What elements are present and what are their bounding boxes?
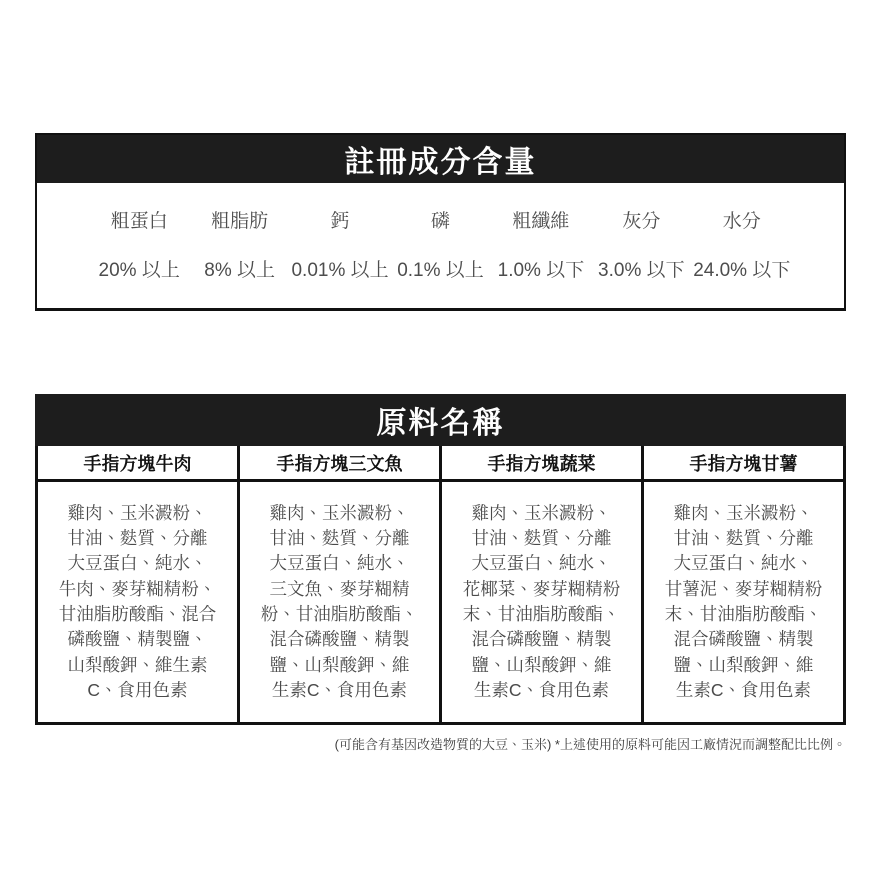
nutrient-label-crude-fiber: 粗纖維: [491, 211, 591, 233]
nutrient-value-phosphorus: 0.1% 以上: [390, 260, 490, 282]
nutrient-value-crude-protein: 20% 以上: [89, 260, 189, 282]
nutrient-label-ash: 灰分: [591, 211, 691, 233]
nutrient-label-phosphorus: 磷: [390, 211, 490, 233]
page-content: 註冊成分含量 粗蛋白 粗脂肪 鈣 磷 粗纖維 灰分 水分 20% 以上 8% 以…: [35, 133, 846, 753]
nutrient-value-calcium: 0.01% 以上: [290, 260, 390, 282]
product-info-page: 註冊成分含量 粗蛋白 粗脂肪 鈣 磷 粗纖維 灰分 水分 20% 以上 8% 以…: [0, 0, 880, 880]
ingredients-list: 雞肉、玉米澱粉、 甘油、麩質、分離 大豆蛋白、純水、 甘薯泥、麥芽糊精粉 末、甘…: [644, 482, 843, 722]
ingredients-column-vegetable: 手指方塊蔬菜 雞肉、玉米澱粉、 甘油、麩質、分離 大豆蛋白、純水、 花椰菜、麥芽…: [439, 446, 641, 722]
nutrient-value-crude-fiber: 1.0% 以下: [491, 260, 591, 282]
nutrient-label-crude-protein: 粗蛋白: [89, 211, 189, 233]
nutrition-section: 註冊成分含量 粗蛋白 粗脂肪 鈣 磷 粗纖維 灰分 水分 20% 以上 8% 以…: [35, 133, 846, 311]
ingredients-column-salmon: 手指方塊三文魚 雞肉、玉米澱粉、 甘油、麩質、分離 大豆蛋白、純水、 三文魚、麥…: [237, 446, 439, 722]
nutrition-section-title: 註冊成分含量: [37, 135, 844, 183]
nutrition-value-row: 20% 以上 8% 以上 0.01% 以上 0.1% 以上 1.0% 以下 3.…: [89, 260, 792, 282]
ingredients-section: 原料名稱 手指方塊牛肉 雞肉、玉米澱粉、 甘油、麩質、分離 大豆蛋白、純水、 牛…: [35, 394, 846, 753]
ingredients-table: 手指方塊牛肉 雞肉、玉米澱粉、 甘油、麩質、分離 大豆蛋白、純水、 牛肉、麥芽糊…: [35, 446, 846, 725]
gmo-footnote: (可能含有基因改造物質的大豆、玉米) *上述使用的原料可能因工廠情況而調整配比比…: [35, 734, 846, 753]
ingredients-list: 雞肉、玉米澱粉、 甘油、麩質、分離 大豆蛋白、純水、 三文魚、麥芽糊精 粉、甘油…: [240, 482, 439, 722]
nutrient-label-crude-fat: 粗脂肪: [189, 211, 289, 233]
nutrient-value-crude-fat: 8% 以上: [189, 260, 289, 282]
nutrition-table: 粗蛋白 粗脂肪 鈣 磷 粗纖維 灰分 水分 20% 以上 8% 以上 0.01%…: [37, 183, 844, 308]
ingredients-column-header: 手指方塊蔬菜: [442, 446, 641, 482]
nutrition-header-row: 粗蛋白 粗脂肪 鈣 磷 粗纖維 灰分 水分: [89, 211, 792, 233]
ingredients-list: 雞肉、玉米澱粉、 甘油、麩質、分離 大豆蛋白、純水、 牛肉、麥芽糊精粉、 甘油脂…: [38, 482, 237, 722]
ingredients-column-header: 手指方塊三文魚: [240, 446, 439, 482]
ingredients-column-header: 手指方塊甘薯: [644, 446, 843, 482]
nutrient-value-moisture: 24.0% 以下: [692, 260, 792, 282]
nutrient-label-moisture: 水分: [692, 211, 792, 233]
nutrient-label-calcium: 鈣: [290, 211, 390, 233]
ingredients-column-header: 手指方塊牛肉: [38, 446, 237, 482]
ingredients-list: 雞肉、玉米澱粉、 甘油、麩質、分離 大豆蛋白、純水、 花椰菜、麥芽糊精粉 末、甘…: [442, 482, 641, 722]
ingredients-column-sweet-potato: 手指方塊甘薯 雞肉、玉米澱粉、 甘油、麩質、分離 大豆蛋白、純水、 甘薯泥、麥芽…: [641, 446, 843, 722]
ingredients-column-beef: 手指方塊牛肉 雞肉、玉米澱粉、 甘油、麩質、分離 大豆蛋白、純水、 牛肉、麥芽糊…: [38, 446, 237, 722]
ingredients-section-title: 原料名稱: [35, 394, 846, 446]
nutrient-value-ash: 3.0% 以下: [591, 260, 691, 282]
